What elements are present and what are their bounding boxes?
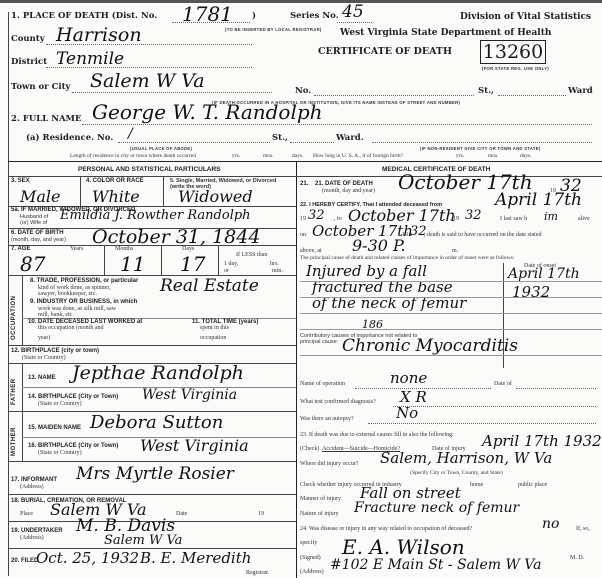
principal-cause-label: The principal cause of death and related… [300, 255, 514, 261]
occupational-label: 24. Was disease or injury in any way rel… [300, 526, 472, 532]
length-mos: mos. [263, 153, 274, 159]
row-line-16 [8, 461, 296, 462]
alive-label: alive [578, 216, 590, 222]
above-at-label: above, at [300, 248, 322, 254]
series-note: (TO BE INSERTED BY LOCAL REGISTRAR) [225, 27, 322, 32]
nature-label: Nature of injury [300, 511, 339, 517]
series-label: Series No. [290, 11, 339, 21]
residence-ward-line [290, 142, 334, 143]
series-no-value: 45 [342, 2, 364, 22]
physician-signature: E. A. Wilson [342, 535, 465, 559]
autopsy-label: Was there an autopsy? [300, 416, 354, 422]
father-name-label: 13. NAME [28, 375, 56, 381]
specify-note: (Specify City or Town, County, and State… [410, 470, 503, 476]
state-number-note: (FOR STATE REG. USE ONLY) [482, 66, 549, 71]
center-divider [296, 161, 297, 578]
father-birthplace-value: West Virginia [142, 387, 237, 403]
trade-label: 8. TRADE, PROFESSION, or particular [30, 278, 138, 284]
personal-title-line [8, 176, 296, 177]
hrs-label: hrs. [270, 261, 279, 267]
death-certificate: 1. PLACE OF DEATH (Dist. No. 1781 ) (TO … [0, 0, 602, 578]
department-title: West Virginia State Department of Health [340, 28, 551, 38]
birthplace-sub: (State or Country) [22, 355, 66, 361]
undertaker-address: Salem W Va [104, 533, 182, 548]
marital-value: Widowed [178, 187, 253, 206]
father-vertical-label: FATHER [11, 378, 17, 405]
onset-date: April 17th [508, 266, 580, 282]
informant-label: 17. INFORMANT [11, 477, 57, 483]
town-value: Salem W Va [90, 70, 205, 92]
dob-sub-label: (month, day, and year) [11, 237, 66, 243]
father-birthplace-label: 14. BIRTHPLACE (City or Town) [28, 394, 118, 400]
residence-no-line [118, 142, 270, 143]
foreign-days: days. [520, 153, 531, 159]
foreign-label: How long in U. S. A., if of foreign birt… [313, 153, 403, 159]
from-year: 32 [308, 208, 325, 223]
operation-date-label: Date of [494, 381, 512, 387]
dod-sub: (month, day and year) [322, 188, 375, 194]
mother-birthplace-sub: (State or Country) [38, 450, 82, 456]
mother-name-value: Debora Sutton [90, 412, 223, 433]
onset-year: 1932 [512, 283, 550, 301]
race-marital-divider [163, 176, 164, 206]
industry-label: 9. INDUSTRY OR BUSINESS, in which [30, 299, 137, 305]
full-name-label: 2. FULL NAME [11, 114, 81, 124]
age-months-value: 11 [120, 252, 145, 276]
district-label: District [11, 57, 47, 67]
last-worked-sub: this occupation (month and [38, 325, 104, 331]
place-no-label: No. [295, 86, 311, 96]
dod-label: 21. DATE OF DEATH [315, 181, 373, 187]
or-label: or [224, 268, 229, 274]
header-divider [8, 161, 602, 162]
manner-label: Manner of injury [300, 496, 341, 502]
residence-st-label: St., [272, 133, 288, 143]
registrar-signature: B. E. Meredith [140, 549, 251, 567]
place-ward-label: Ward [568, 86, 593, 96]
age-days-value: 17 [180, 252, 205, 276]
occupation-vertical-label: OCCUPATION [11, 296, 17, 340]
left-border [8, 12, 9, 576]
dist-no-close: ) [252, 11, 256, 21]
division-title: Division of Vital Statistics [460, 12, 591, 22]
last-worked-year-label: year) [38, 335, 50, 341]
home-label: home [470, 482, 483, 488]
undertaker-label: 19. UNDERTAKER [11, 528, 63, 534]
autopsy-line [368, 423, 596, 424]
abode-note: (USUAL PLACE OF ABODE) [130, 146, 192, 151]
cause-rule-1 [300, 281, 602, 282]
m-label: m. [452, 248, 458, 254]
county-value: Harrison [56, 24, 142, 46]
series-no-line [337, 22, 372, 23]
cause-code: 186 [362, 318, 383, 331]
age-years-label: Years [70, 246, 83, 252]
foreign-mos: mos. [488, 153, 499, 159]
row-line-6 [8, 245, 296, 246]
father-birthplace-sub: (State or Country) [38, 401, 82, 407]
place-ward-line [498, 95, 566, 96]
specify-label: specify [300, 540, 317, 546]
injury-where-label: Where did injury occur? [300, 461, 358, 467]
dob-label: 6. DATE OF BIRTH [11, 230, 64, 236]
physician-address: #102 E Main St - Salem W Va [330, 557, 541, 573]
place-no-line [314, 95, 474, 96]
registrar-label: Registrar. [246, 570, 269, 576]
row-line-10 [8, 345, 296, 346]
mother-birthplace-label: 16. BIRTHPLACE (City or Town) [28, 443, 118, 449]
test-label: What test confirmed diagnosis? [300, 399, 376, 405]
dod-label-num: 21. [300, 181, 308, 187]
less-than-label: If LESS than [236, 252, 267, 258]
trade-value: Real Estate [160, 276, 259, 296]
residence-label: (a) Residence. No. [26, 133, 113, 143]
spouse-value: Emildia J. Rowther Randolph [60, 208, 251, 223]
town-label: Town or City [11, 82, 70, 92]
county-label: County [11, 34, 45, 44]
father-name-value: Jepthae Randolph [72, 362, 244, 384]
filed-date: Oct. 25, 1932 [36, 549, 139, 567]
informant-sub: (Address) [20, 484, 44, 490]
from-year-prefix: 19 [300, 216, 306, 222]
occupational-value: no [542, 516, 559, 532]
length-yrs: yrs. [232, 153, 240, 159]
nonresident-note: (IF NON-RESIDENT GIVE CITY OR TOWN AND S… [420, 146, 541, 151]
burial-date-label: Date [176, 511, 187, 517]
residence-ward-label: Ward. [336, 133, 364, 143]
mother-name-label: 15. MAIDEN NAME [28, 425, 81, 431]
if-so-label: If, so, [576, 526, 590, 532]
cause-rule-2 [300, 297, 602, 298]
address-label: (Address) [300, 569, 324, 575]
to-year: 32 [465, 208, 482, 223]
trade-sub-2: sawyer, bookkeeper, etc. [38, 291, 97, 297]
age-divider-1 [104, 245, 105, 275]
birthplace-label: 12. BIRTHPLACE (city or town) [11, 348, 99, 354]
time-of-death: 9-30 P. [352, 236, 406, 255]
external-label: 23. If death was due to external causes … [300, 432, 454, 438]
age-years-value: 87 [20, 252, 45, 276]
burial-year-prefix: 19 [258, 511, 264, 517]
mother-divider [22, 411, 23, 461]
burial-place-label: Place [20, 511, 33, 517]
last-saw-label: I last saw h [500, 216, 527, 222]
min-label: min. [272, 268, 283, 274]
autopsy-value: No [396, 404, 418, 422]
length-days: days. [292, 153, 303, 159]
place-st-label: St., [478, 86, 494, 96]
cause-rule-4 [300, 329, 602, 330]
dist-no-value: 1781 [182, 2, 233, 26]
sex-label: 3. SEX [11, 178, 30, 184]
length-residence-label: Length of residence in city or town wher… [70, 153, 196, 159]
operation-value: none [390, 369, 427, 387]
informant-value: Mrs Myrtle Rosier [76, 464, 234, 484]
sex-race-divider [80, 176, 81, 206]
injury-where-value: Salem, Harrison, W Va [380, 449, 552, 467]
full-name-value: George W. T. Randolph [92, 100, 323, 124]
attended-from: April 17th [495, 190, 582, 210]
certificate-title: CERTIFICATE OF DEATH [318, 46, 452, 57]
mother-birthplace-value: West Virginia [140, 436, 249, 455]
sex-value: Male [20, 187, 61, 206]
full-name-line [82, 124, 592, 125]
injury-date-value: April 17th 1932 [482, 432, 602, 450]
personal-section-title: PERSONAL AND STATISTICAL PARTICULARS [78, 166, 221, 173]
occupation-sub-label: occupation [200, 335, 226, 341]
occupation-divider [22, 275, 23, 345]
total-time-sub: spent in this [200, 325, 229, 331]
top-border [0, 0, 602, 3]
check-label: (Check) [300, 446, 319, 452]
md-label: M. D. [570, 555, 584, 561]
cause-rule-3 [300, 313, 602, 314]
age-divider-3 [218, 245, 219, 275]
town-line [72, 92, 272, 93]
public-place-label: public place [518, 482, 547, 488]
filed-label: 20. FILED [11, 558, 38, 564]
race-label: 4. COLOR OR RACE [86, 178, 144, 184]
operation-label: Name of operation [300, 381, 345, 387]
test-line [393, 406, 596, 407]
operation-date-line [516, 388, 596, 389]
less-day-label: 1 day, [224, 261, 238, 267]
residence-city-line [372, 142, 592, 143]
mother-vertical-label: MOTHER [11, 427, 17, 456]
last-saw-pronoun: im [544, 210, 558, 223]
residence-check-mark: / [128, 126, 133, 142]
on-label: on [300, 232, 306, 238]
signed-label: (Signed) [300, 555, 321, 561]
contributory-rule [300, 355, 602, 356]
nature-value: Fracture neck of femur [354, 500, 519, 516]
death-said-label: , death is said to have occurred on the … [424, 232, 541, 238]
place-of-death-label: 1. PLACE OF DEATH (Dist. No. [11, 11, 157, 21]
spouse-sub-label: Husband of (or) Wife of [20, 214, 54, 226]
race-value: White [92, 187, 140, 206]
row-line-17 [8, 494, 296, 495]
to-year-prefix: , 19 [450, 216, 459, 222]
contributory-value: Chronic Myocarditis [342, 336, 518, 356]
state-certificate-number: 13260 [480, 40, 546, 64]
age-divider-2 [161, 245, 162, 275]
undertaker-sub: (Address) [20, 535, 44, 541]
foreign-yrs: yrs. [456, 153, 464, 159]
district-value: Tenmile [56, 49, 124, 69]
